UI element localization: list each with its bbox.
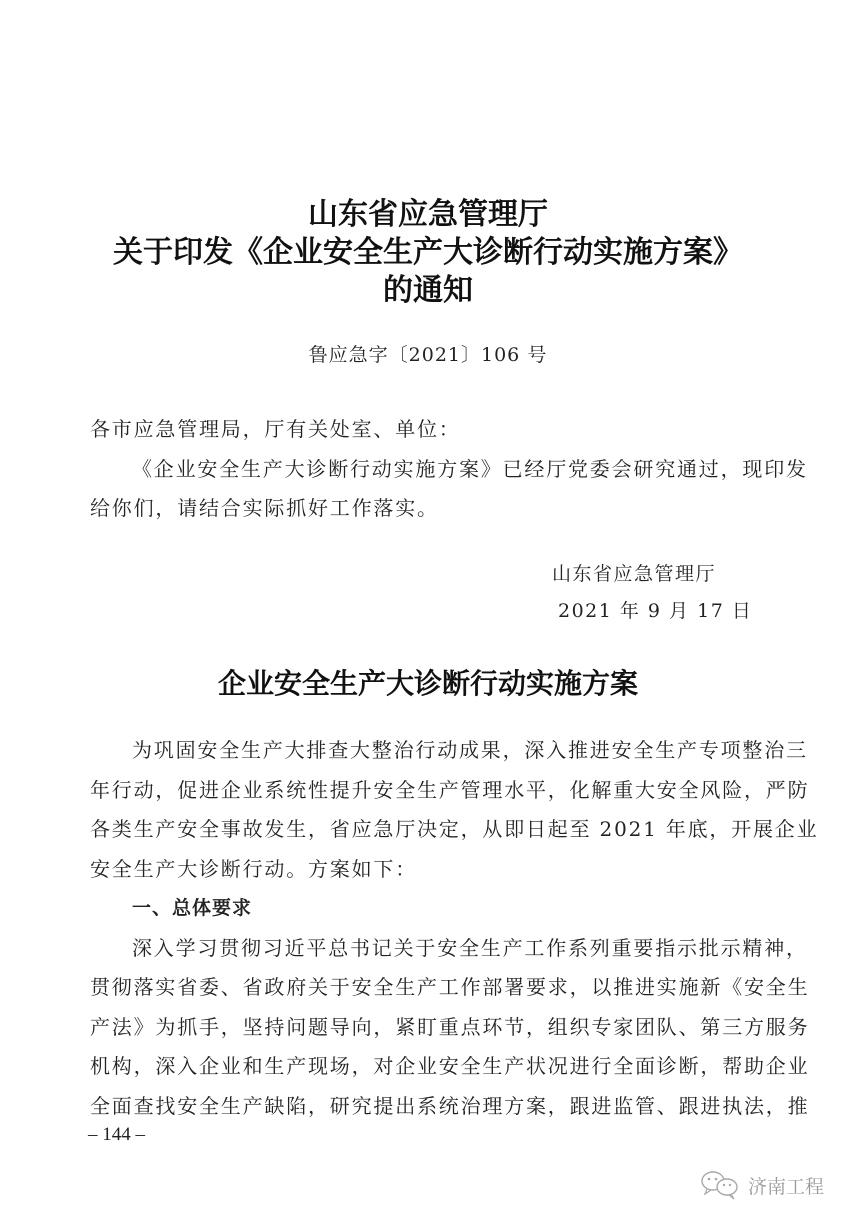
page-number: – 144 – [88,1124,145,1146]
section-body-line: 产法》为抓手，坚持问题导向，紧盯重点环节，组织专家团队、第三方服务 [90,1008,760,1048]
notice-title: 山东省应急管理厅 关于印发《企业安全生产大诊断行动实施方案》 的通知 [0,196,856,310]
signature-date: 2021 年 9 月 17 日 [540,593,760,630]
plan-intro-line: 年行动，促进企业系统性提升安全生产管理水平，化解重大安全风险，严防 [90,771,760,811]
watermark-text: 济南工程 [748,1172,824,1199]
plan-body: 为巩固安全生产大排查大整治行动成果，深入推进安全生产专项整治三 年行动，促进企业… [90,731,760,1126]
notice-title-line-3: 的通知 [0,272,856,310]
signature-org: 山东省应急管理厅 [540,556,760,593]
notice-body-line: 给你们，请结合实际抓好工作落实。 [90,489,760,529]
watermark: 济南工程 [700,1168,824,1202]
notice-body-line: 《企业安全生产大诊断行动实施方案》已经厅党委会研究通过，现印发 [90,450,760,490]
document-number: 鲁应急字〔2021〕106 号 [0,340,856,367]
plan-title: 企业安全生产大诊断行动实施方案 [0,664,856,704]
plan-intro-line: 为巩固安全生产大排查大整治行动成果，深入推进安全生产专项整治三 [90,731,760,771]
signature-block: 山东省应急管理厅 2021 年 9 月 17 日 [540,556,760,630]
section-body-line: 贯彻落实省委、省政府关于安全生产工作部署要求，以推进实施新《安全生 [90,968,760,1008]
wechat-icon [700,1169,742,1201]
plan-intro-line: 各类生产安全事故发生，省应急厅决定，从即日起至 2021 年底，开展企业 [90,810,760,850]
section-body-line: 深入学习贯彻习近平总书记关于安全生产工作系列重要指示批示精神， [90,929,760,969]
plan-intro-line: 安全生产大诊断行动。方案如下： [90,850,760,890]
notice-body: 各市应急管理局，厅有关处室、单位： 《企业安全生产大诊断行动实施方案》已经厅党委… [90,410,760,529]
document-page: 山东省应急管理厅 关于印发《企业安全生产大诊断行动实施方案》 的通知 鲁应急字〔… [0,0,856,1225]
notice-title-line-2: 关于印发《企业安全生产大诊断行动实施方案》 [0,234,856,272]
section-body-line: 全面查找安全生产缺陷，研究提出系统治理方案，跟进监管、跟进执法，推 [90,1087,760,1127]
section-heading: 一、总体要求 [90,889,760,929]
section-body-line: 机构，深入企业和生产现场，对企业安全生产状况进行全面诊断，帮助企业 [90,1047,760,1087]
notice-title-line-1: 山东省应急管理厅 [0,196,856,234]
salutation: 各市应急管理局，厅有关处室、单位： [90,410,760,450]
